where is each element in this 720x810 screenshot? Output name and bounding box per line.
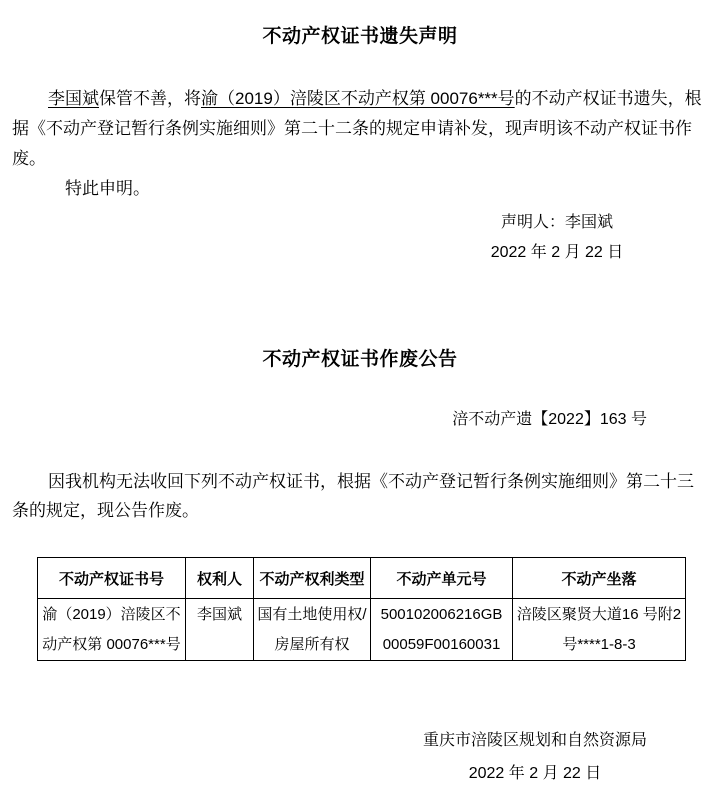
cell-location: 涪陵区聚贤大道16 号附2号****1-8-3: [513, 599, 686, 661]
statement-title: 不动产权证书遗失声明: [12, 26, 708, 48]
certificates-table: 不动产权证书号 权利人 不动产权利类型 不动产单元号 不动产坐落 渝（2019）…: [37, 557, 686, 661]
statement-body: 李国斌保管不善，将渝（2019）涪陵区不动产权第 00076***号的不动产权证…: [12, 84, 708, 174]
col-header-unit-number: 不动产单元号: [371, 558, 513, 599]
table-header-row: 不动产权证书号 权利人 不动产权利类型 不动产单元号 不动产坐落: [38, 558, 686, 599]
declarant-line: 声明人：李国斌: [406, 208, 708, 238]
announcement-title: 不动产权证书作废公告: [12, 348, 708, 372]
cell-unit-number: 500102006216GB00059F00160031: [371, 599, 513, 661]
table-row: 渝（2019）涪陵区不动产权第 00076***号 李国斌 国有土地使用权/房屋…: [38, 599, 686, 661]
announcement-doc-number: 涪不动产遗【2022】163 号: [12, 406, 708, 434]
cell-holder: 李国斌: [186, 599, 254, 661]
col-header-cert-number: 不动产权证书号: [38, 558, 186, 599]
announcement-date: 2022 年 2 月 22 日: [362, 757, 708, 790]
agency-name: 重庆市涪陵区规划和自然资源局: [362, 724, 708, 757]
statement-signature-block: 声明人：李国斌 2022 年 2 月 22 日: [406, 208, 708, 268]
statement-closing: 特此申明。: [12, 174, 708, 204]
statement-date: 2022 年 2 月 22 日: [406, 238, 708, 268]
col-header-right-type: 不动产权利类型: [254, 558, 371, 599]
document-page: 不动产权证书遗失声明 李国斌保管不善，将渝（2019）涪陵区不动产权第 0007…: [0, 0, 720, 810]
cell-cert-number: 渝（2019）涪陵区不动产权第 00076***号: [38, 599, 186, 661]
col-header-holder: 权利人: [186, 558, 254, 599]
announcement-signature-block: 重庆市涪陵区规划和自然资源局 2022 年 2 月 22 日: [362, 724, 708, 790]
cell-right-type: 国有土地使用权/房屋所有权: [254, 599, 371, 661]
announcement-body: 因我机构无法收回下列不动产权证书，根据《不动产登记暂行条例实施细则》第二十三条的…: [12, 467, 708, 525]
col-header-location: 不动产坐落: [513, 558, 686, 599]
